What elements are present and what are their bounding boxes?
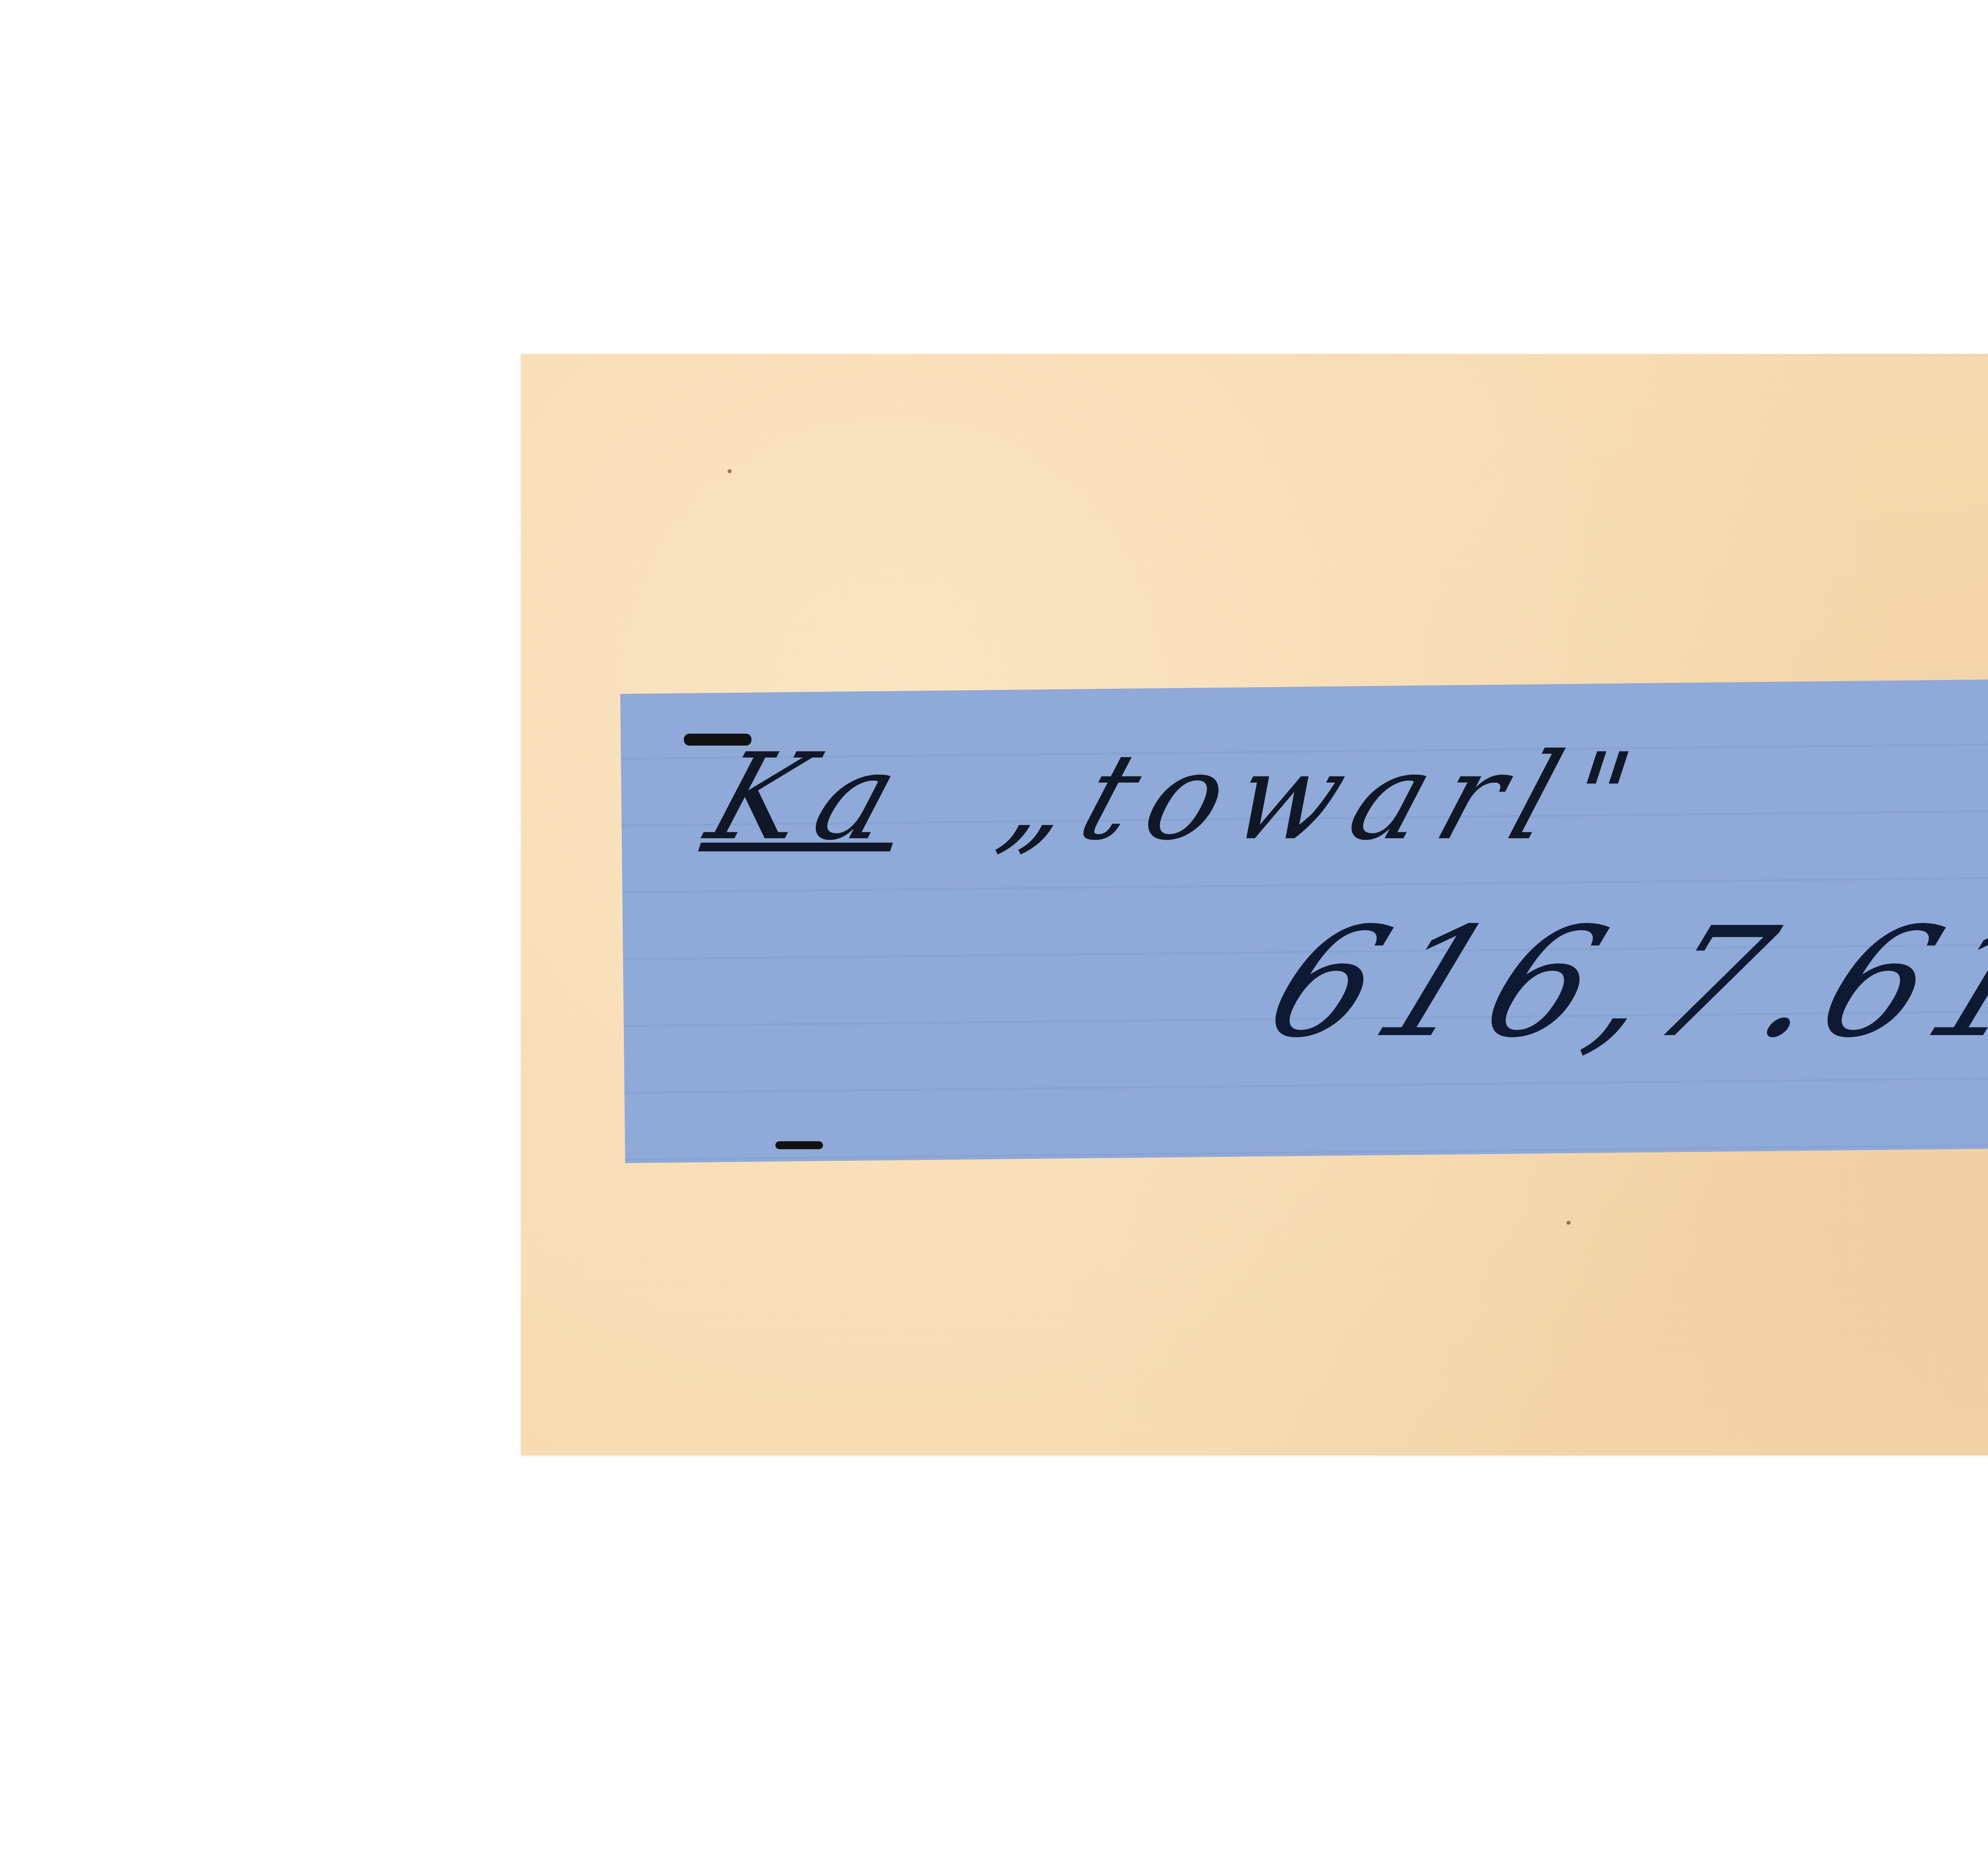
handwritten-word: „towarl" bbox=[987, 728, 1664, 866]
paper-speck bbox=[1567, 1221, 1571, 1225]
handwritten-line-1: Ka „towarl" bbox=[693, 728, 1664, 866]
handwritten-line-2: 616,7.61 4,13, bbox=[1245, 895, 1988, 1071]
paper-speck bbox=[728, 469, 732, 473]
ink-mark-bottom bbox=[775, 1141, 823, 1149]
